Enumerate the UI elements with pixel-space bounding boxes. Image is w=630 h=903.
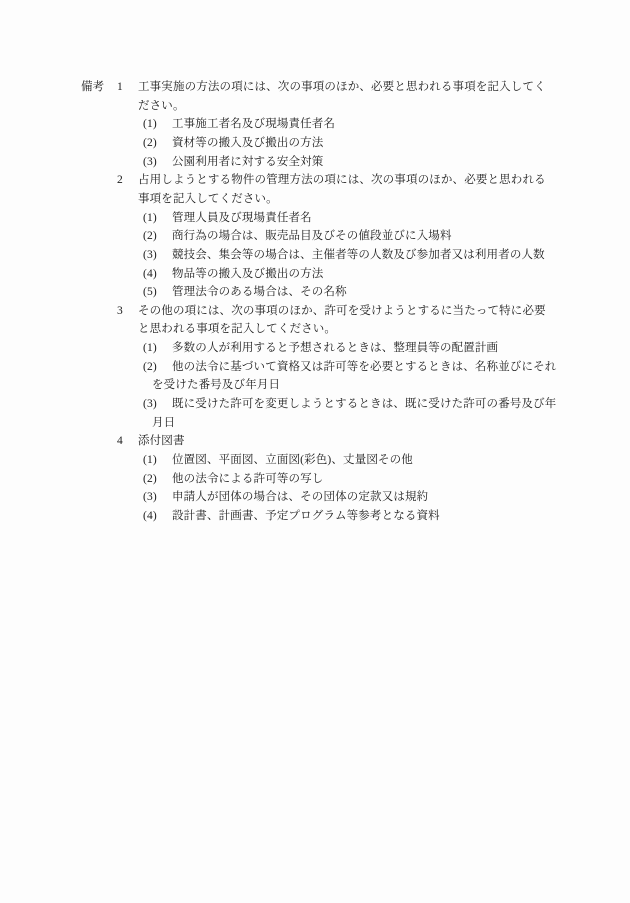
line-text: 添付図書 <box>138 435 185 448</box>
item-number: (3) <box>143 491 157 504</box>
item-number: (4) <box>143 268 157 281</box>
text-line: (2)商行為の場合は、販売品目及びその値段並びに入場料 <box>0 230 630 249</box>
text-line: (1)位置図、平面図、立面図(彩色)、丈量図その他 <box>0 454 630 473</box>
text-line: (1)多数の人が利用すると予想されるときは、整理員等の配置計画 <box>0 342 630 361</box>
line-text: 商行為の場合は、販売品目及びその値段並びに入場料 <box>172 230 452 243</box>
line-text: 多数の人が利用すると予想されるときは、整理員等の配置計画 <box>172 342 498 355</box>
item-number: (1) <box>143 342 157 355</box>
item-number: (1) <box>143 454 157 467</box>
line-text: その他の項には、次の事項のほか、許可を受けようとするに当たって特に必要 <box>138 305 546 318</box>
text-line: (3)競技会、集会等の場合は、主催者等の人数及び参加者又は利用者の人数 <box>0 249 630 268</box>
line-text: 他の法令に基づいて資格又は許可等を必要とするときは、名称並びにそれ <box>172 361 556 374</box>
item-number: (4) <box>143 510 157 523</box>
item-number: (1) <box>143 118 157 131</box>
text-line: (3)申請人が団体の場合は、その団体の定款又は規約 <box>0 491 630 510</box>
section-number: 1 <box>117 81 123 94</box>
item-number: (3) <box>143 156 157 169</box>
section-number: 2 <box>117 174 123 187</box>
line-text: 管理人員及び現場責任者名 <box>172 212 312 225</box>
line-text: と思われる事項を記入してください。 <box>138 323 336 336</box>
item-number: (2) <box>143 361 157 374</box>
line-text: 月日 <box>152 417 175 430</box>
text-line: (1)工事施工者名及び現場責任者名 <box>0 118 630 137</box>
text-line: 月日 <box>0 417 630 436</box>
text-line: を受けた番号及び年月日 <box>0 379 630 398</box>
text-line: (3)既に受けた許可を変更しようとするときは、既に受けた許可の番号及び年 <box>0 398 630 417</box>
line-text: 資材等の搬入及び搬出の方法 <box>172 137 323 150</box>
text-line: 3その他の項には、次の事項のほか、許可を受けようとするに当たって特に必要 <box>0 305 630 324</box>
text-line: (2)資材等の搬入及び搬出の方法 <box>0 137 630 156</box>
line-text: 既に受けた許可を変更しようとするときは、既に受けた許可の番号及び年 <box>172 398 556 411</box>
item-number: (1) <box>143 212 157 225</box>
line-text: 占用しようとする物件の管理方法の項には、次の事項のほか、必要と思われる <box>138 174 546 187</box>
item-number: (2) <box>143 137 157 150</box>
text-line: (2)他の法令に基づいて資格又は許可等を必要とするときは、名称並びにそれ <box>0 361 630 380</box>
text-line: 事項を記入してください。 <box>0 193 630 212</box>
line-text: 他の法令による許可等の写し <box>172 473 323 486</box>
section-number: 4 <box>117 435 123 448</box>
document-page: 備考1工事実施の方法の項には、次の事項のほか、必要と思われる事項を記入してくださ… <box>0 0 630 903</box>
text-line: 4添付図書 <box>0 435 630 454</box>
item-number: (2) <box>143 473 157 486</box>
remarks-label: 備考 <box>81 81 104 94</box>
line-text: 事項を記入してください。 <box>138 193 278 206</box>
line-text: 管理法令のある場合は、その名称 <box>172 286 347 299</box>
line-text: 工事施工者名及び現場責任者名 <box>172 118 335 131</box>
line-text: 設計書、計画書、予定プログラム等参考となる資料 <box>172 510 440 523</box>
section-number: 3 <box>117 305 123 318</box>
text-line: ださい。 <box>0 100 630 119</box>
line-text: 物品等の搬入及び搬出の方法 <box>172 268 323 281</box>
line-text: を受けた番号及び年月日 <box>152 379 280 392</box>
line-text: ださい。 <box>138 100 185 113</box>
text-line: (4)物品等の搬入及び搬出の方法 <box>0 268 630 287</box>
text-line: (3)公園利用者に対する安全対策 <box>0 156 630 175</box>
text-line: (5)管理法令のある場合は、その名称 <box>0 286 630 305</box>
text-line: と思われる事項を記入してください。 <box>0 323 630 342</box>
line-text: 工事実施の方法の項には、次の事項のほか、必要と思われる事項を記入してく <box>138 81 546 94</box>
line-text: 位置図、平面図、立面図(彩色)、丈量図その他 <box>172 454 413 467</box>
text-line: 備考1工事実施の方法の項には、次の事項のほか、必要と思われる事項を記入してく <box>0 81 630 100</box>
item-number: (5) <box>143 286 157 299</box>
item-number: (2) <box>143 230 157 243</box>
remarks-block: 備考1工事実施の方法の項には、次の事項のほか、必要と思われる事項を記入してくださ… <box>0 0 630 903</box>
item-number: (3) <box>143 398 157 411</box>
item-number: (3) <box>143 249 157 262</box>
line-text: 申請人が団体の場合は、その団体の定款又は規約 <box>172 491 428 504</box>
line-text: 競技会、集会等の場合は、主催者等の人数及び参加者又は利用者の人数 <box>172 249 545 262</box>
text-line: (2)他の法令による許可等の写し <box>0 473 630 492</box>
text-line: (1)管理人員及び現場責任者名 <box>0 212 630 231</box>
line-text: 公園利用者に対する安全対策 <box>172 156 323 169</box>
text-line: (4)設計書、計画書、予定プログラム等参考となる資料 <box>0 510 630 529</box>
text-line: 2占用しようとする物件の管理方法の項には、次の事項のほか、必要と思われる <box>0 174 630 193</box>
